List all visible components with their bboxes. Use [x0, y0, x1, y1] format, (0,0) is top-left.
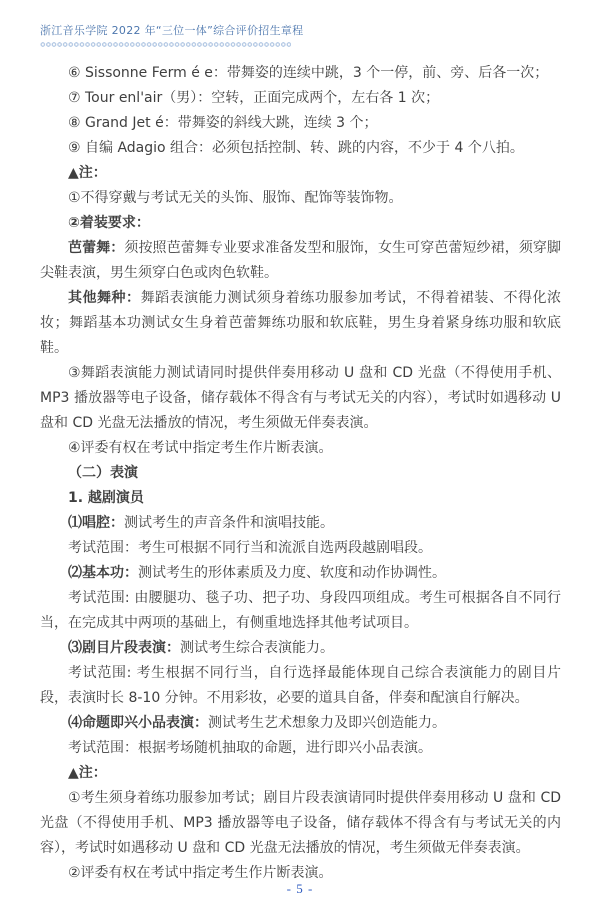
paragraph: ⑷命题即兴小品表演：测试考生艺术想象力及即兴创造能力。	[40, 711, 561, 736]
text-run: 考试范围：考生可根据不同行当和流派自选两段越剧唱段。	[68, 540, 432, 556]
text-run: ⑨ 自编 Adagio 组合：必须包括控制、转、跳的内容，不少于 4 个八拍。	[68, 140, 524, 156]
paragraph: ⑵基本功：测试考生的形体素质及力度、软度和动作协调性。	[40, 561, 561, 586]
text-run: 考试范围: 考生根据不同行当，自行选择最能体现自己综合表演能力的剧目片段，表演时…	[40, 665, 561, 706]
paragraph: ⑨ 自编 Adagio 组合：必须包括控制、转、跳的内容，不少于 4 个八拍。	[40, 136, 561, 161]
paragraph: ②着装要求：	[40, 211, 561, 236]
bold-text-run: （二）表演	[68, 465, 138, 481]
bold-text-run: ▲注：	[68, 765, 107, 781]
paragraph: ▲注：	[40, 161, 561, 186]
paragraph: ①考生须身着练功服参加考试；剧目片段表演请同时提供伴奏用移动 U 盘和 CD 光…	[40, 786, 561, 861]
header-decoration	[40, 41, 291, 48]
paragraph: ⑶剧目片段表演：测试考生综合表演能力。	[40, 636, 561, 661]
paragraph: ⑥ Sissonne Ferm é e：带舞姿的连续中跳，3 个一停，前、旁、后…	[40, 61, 561, 86]
document-header: 浙江音乐学院 2022 年“三位一体”综合评价招生章程	[40, 24, 303, 48]
text-run: 测试考生的形体素质及力度、软度和动作协调性。	[138, 565, 446, 581]
paragraph: 考试范围：根据考场随机抽取的命题，进行即兴小品表演。	[40, 736, 561, 761]
text-run: ⑦ Tour enl'air（男）：空转，正面完成两个，左右各 1 次；	[68, 90, 439, 106]
bold-text-run: ⑵基本功：	[68, 565, 138, 581]
text-run: 考试范围: 由腰腿功、毯子功、把子功、身段四项组成。考生可根据各自不同行当，在完…	[40, 590, 561, 631]
paragraph: ①不得穿戴与考试无关的头饰、服饰、配饰等装饰物。	[40, 186, 561, 211]
text-run: ⑥ Sissonne Ferm é e：带舞姿的连续中跳，3 个一停，前、旁、后…	[68, 65, 548, 81]
text-run: ③舞蹈表演能力测试请同时提供伴奏用移动 U 盘和 CD 光盘（不得使用手机、MP…	[40, 365, 561, 431]
text-run: ⑧ Grand Jet é：带舞姿的斜线大跳，连续 3 个；	[68, 115, 378, 131]
paragraph: ④评委有权在考试中指定考生作片断表演。	[40, 436, 561, 461]
text-run: 测试考生的声音条件和演唱技能。	[124, 515, 334, 531]
paragraph: ③舞蹈表演能力测试请同时提供伴奏用移动 U 盘和 CD 光盘（不得使用手机、MP…	[40, 361, 561, 436]
bold-text-run: 其他舞种：	[68, 290, 141, 306]
text-run: ①不得穿戴与考试无关的头饰、服饰、配饰等装饰物。	[68, 190, 403, 206]
bold-text-run: ⑷命题即兴小品表演：	[68, 715, 208, 731]
text-run: 测试考生艺术想象力及即兴创造能力。	[208, 715, 446, 731]
paragraph: ⑦ Tour enl'air（男）：空转，正面完成两个，左右各 1 次；	[40, 86, 561, 111]
bold-text-run: ⑴唱腔：	[68, 515, 124, 531]
paragraph: 1. 越剧演员	[40, 486, 561, 511]
text-run: 测试考生综合表演能力。	[180, 640, 334, 656]
paragraph: （二）表演	[40, 461, 561, 486]
text-run: ④评委有权在考试中指定考生作片断表演。	[68, 440, 333, 456]
paragraph: ▲注：	[40, 761, 561, 786]
paragraph: 考试范围：考生可根据不同行当和流派自选两段越剧唱段。	[40, 536, 561, 561]
bold-text-run: ▲注：	[68, 165, 107, 181]
paragraph: 其他舞种：舞蹈表演能力测试须身着练功服参加考试，不得着裙装、不得化浓妆；舞蹈基本…	[40, 286, 561, 361]
document-body: ⑥ Sissonne Ferm é e：带舞姿的连续中跳，3 个一停，前、旁、后…	[40, 61, 561, 886]
document-page: 浙江音乐学院 2022 年“三位一体”综合评价招生章程 ⑥ Sissonne F…	[0, 0, 600, 923]
text-run: ①考生须身着练功服参加考试；剧目片段表演请同时提供伴奏用移动 U 盘和 CD 光…	[40, 790, 561, 856]
paragraph: 芭蕾舞：须按照芭蕾舞专业要求准备发型和服饰，女生可穿芭蕾短纱裙，须穿脚尖鞋表演，…	[40, 236, 561, 286]
bold-text-run: 芭蕾舞：	[68, 240, 124, 256]
bold-text-run: ⑶剧目片段表演：	[68, 640, 180, 656]
page-number: - 5 -	[287, 881, 314, 896]
paragraph: 考试范围: 由腰腿功、毯子功、把子功、身段四项组成。考生可根据各自不同行当，在完…	[40, 586, 561, 636]
paragraph: ⑧ Grand Jet é：带舞姿的斜线大跳，连续 3 个；	[40, 111, 561, 136]
document-header-title: 浙江音乐学院 2022 年“三位一体”综合评价招生章程	[40, 24, 303, 38]
page-footer: - 5 -	[0, 878, 600, 897]
text-run: 考试范围：根据考场随机抽取的命题，进行即兴小品表演。	[68, 740, 432, 756]
paragraph: ⑴唱腔：测试考生的声音条件和演唱技能。	[40, 511, 561, 536]
bold-text-run: 1. 越剧演员	[68, 490, 144, 506]
bold-text-run: ②着装要求：	[68, 215, 150, 231]
paragraph: 考试范围: 考生根据不同行当，自行选择最能体现自己综合表演能力的剧目片段，表演时…	[40, 661, 561, 711]
